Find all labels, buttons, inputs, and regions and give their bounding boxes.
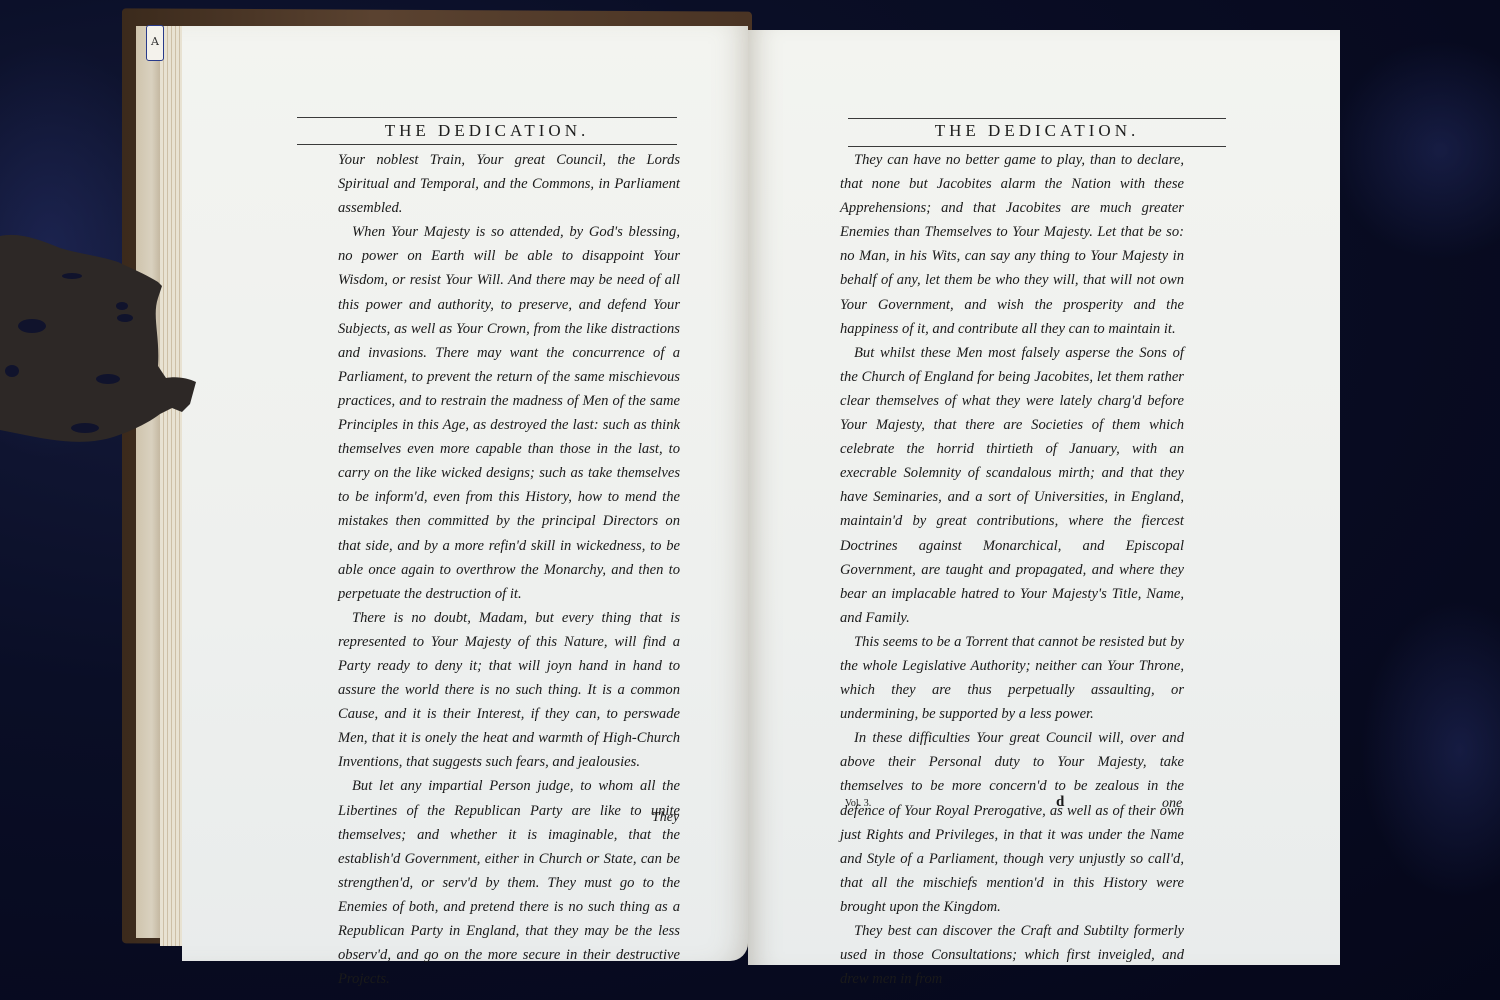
- header-rule-bottom: [848, 146, 1226, 147]
- book-pastedown: [136, 26, 162, 938]
- paragraph: When Your Majesty is so attended, by God…: [338, 220, 680, 606]
- right-page: THE DEDICATION. They can have no better …: [748, 30, 1340, 965]
- header-rule-top: [848, 118, 1226, 119]
- paragraph: Your noblest Train, Your great Council, …: [338, 148, 680, 220]
- spine-label: A: [146, 25, 164, 61]
- volume-signature: Vol. 3.: [845, 798, 871, 809]
- page-text: They can have no better game to play, th…: [840, 148, 1184, 991]
- paragraph: In these difficulties Your great Council…: [840, 726, 1184, 919]
- header-rule-bottom: [297, 144, 677, 145]
- header-rule-top: [297, 117, 677, 118]
- paragraph: They can have no better game to play, th…: [840, 148, 1184, 341]
- page-text: Your noblest Train, Your great Council, …: [338, 148, 680, 991]
- cloth-fold: [1360, 600, 1500, 900]
- catchword: one: [1162, 796, 1182, 812]
- catchword: They: [652, 810, 679, 826]
- paragraph: This seems to be a Torrent that cannot b…: [840, 630, 1184, 726]
- paragraph: There is no doubt, Madam, but every thin…: [338, 606, 680, 775]
- running-head: THE DEDICATION.: [297, 121, 677, 141]
- cloth-fold: [1330, 40, 1500, 260]
- page-weight-clip: [0, 226, 200, 448]
- signature-letter: d: [1056, 794, 1064, 811]
- paragraph: But whilst these Men most falsely aspers…: [840, 341, 1184, 630]
- paragraph: But let any impartial Person judge, to w…: [338, 774, 680, 991]
- left-page: THE DEDICATION. Your noblest Train, Your…: [182, 26, 748, 961]
- paragraph: They best can discover the Craft and Sub…: [840, 919, 1184, 991]
- running-head: THE DEDICATION.: [848, 121, 1226, 141]
